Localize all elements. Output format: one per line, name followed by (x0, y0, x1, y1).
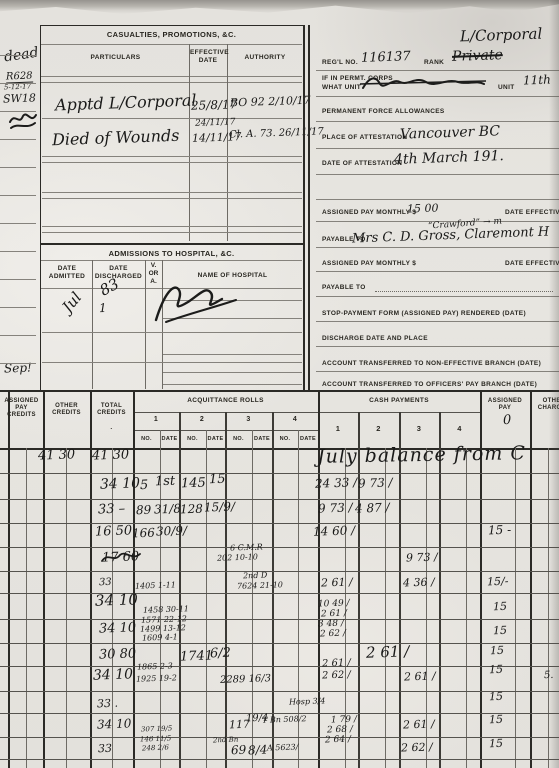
hospital-col-discharged: Date Discharged (94, 265, 143, 281)
entry-other-charge: 5. (544, 671, 554, 681)
entry-total-credit: 16 50 (95, 524, 133, 538)
casualties-col-effective-date: Effective Date (190, 49, 226, 65)
entry-total-credit: 33 – (98, 503, 126, 517)
entry-cash: 2 64 / (325, 736, 351, 746)
col-assigned-pay-credits: Assigned Pay Credits (1, 398, 42, 420)
unit-value: 11th (523, 74, 551, 87)
entry-cash: 4 87 / (355, 501, 390, 514)
roll1-date-label: Date (160, 436, 179, 443)
entry-cash: 24 33 / (315, 476, 358, 489)
entry-other-credit: 41 30 (38, 448, 76, 462)
cash-group-2: 2 (358, 424, 399, 433)
scanned-pay-ledger-page: dead R628 5-12-17 SW18 Sep! Casualties, … (0, 0, 559, 768)
assigned-pay-monthly-1-label: Assigned Pay Monthly $ (322, 209, 416, 217)
entry-cash: 2 62 / (401, 741, 433, 753)
col-total-credits: Total Credits (92, 403, 131, 417)
entry-roll-ref: 307 19/5 (141, 725, 173, 733)
roll-group-4: 4 (272, 416, 318, 424)
entry-roll-ref: T Bn 508/2 (262, 715, 307, 725)
entry-cash: 9 73 / (406, 551, 438, 563)
entry-roll-ref: A 5623/ (267, 743, 299, 752)
col-acquittance-rolls: Acquittance Rolls (133, 397, 318, 405)
entry-roll-ref: 6 C.M.R (230, 543, 263, 552)
casualty-row2-date-above: 24/11/17 (195, 118, 236, 128)
date-effective-1-label: Date Effective (505, 209, 559, 217)
entry-total-credit: 33 (99, 578, 112, 588)
col-other-charges: Other Charges (532, 398, 559, 412)
assigned-pay-monthly-1-value: 15 00 (407, 202, 439, 214)
casualties-title: Casualties, Promotions, &c. (40, 30, 303, 39)
entry-cash: 2 61 / (366, 644, 410, 660)
entry-total-credit: 30 80 (99, 647, 137, 661)
entry-cash: 9 73 / (358, 476, 393, 489)
casualties-col-authority: Authority (228, 54, 302, 62)
hospital-col-admitted: Date Admitted (44, 265, 90, 281)
margin-note-sw18: SW18 (3, 92, 36, 104)
roll3-date-label: Date (252, 436, 272, 443)
regl-no-value: 116137 (361, 50, 411, 65)
entry-roll-ref: 1865 2-3 (137, 662, 173, 671)
cash-group-3: 3 (399, 424, 439, 433)
entry-roll-no: 1741 (180, 649, 214, 663)
entry-total-credit: 33 . (97, 698, 118, 710)
casualty-row1-authority: BO 92 2/10/17 (230, 95, 311, 109)
place-attestation-label: Place of Attestation (322, 134, 407, 142)
non-effective-branch-label: Account Transferred to Non-Effective Bra… (322, 360, 541, 368)
centre-rule (303, 25, 305, 390)
hospital-note-discharged-2: 1 (99, 302, 107, 314)
stop-payment-label: Stop-Payment Form (Assigned Pay) Rendere… (322, 310, 526, 318)
roll4-date-label: Date (298, 436, 318, 443)
entry-total-credit: 41 30 (92, 448, 130, 462)
entry-roll-date: 31/8 (154, 503, 181, 516)
roll3-no-label: No. (225, 436, 252, 443)
entry-cash: 2 61 / (403, 718, 435, 730)
entry-cash: 2 62 / (322, 671, 351, 682)
entry-assigned-pay: 15 - (488, 524, 512, 537)
col-cash-payments: Cash Payments (318, 397, 480, 405)
entry-assigned-pay: 15 (489, 714, 503, 725)
torn-paper-edge (0, 0, 559, 14)
date-attestation-value: 4th March 191. (394, 149, 504, 167)
rank-written-value: L/Corporal (460, 27, 543, 45)
entry-assigned-pay: 15 (489, 738, 503, 749)
col-total-credits-dot: . (92, 424, 131, 432)
entry-assigned-pay: 15 (493, 625, 507, 636)
entry-roll-no: 128 (180, 503, 203, 516)
entry-roll-date: 6/2 (210, 647, 231, 661)
payable-to-2-label: Payable to (322, 284, 366, 292)
permanent-force-allowances-label: Permanent Force Allowances (322, 108, 445, 116)
entry-cash: 2 62 / (320, 630, 346, 640)
entry-assigned-pay: 15 (489, 691, 503, 702)
roll2-no-label: No. (179, 436, 206, 443)
total-credit-scribble (100, 550, 142, 566)
roll-group-1: 1 (133, 416, 179, 424)
entry-assigned-pay: 15 (490, 645, 504, 656)
entry-total-credit: 34 10 (99, 621, 137, 635)
hospital-title: Admissions to Hospital, &c. (40, 249, 303, 258)
assigned-pay-monthly-2-label: Assigned Pay Monthly $ (322, 260, 416, 268)
entry-july-balance: July balance from C (317, 444, 526, 467)
payable-to-2-blank-rule (375, 290, 553, 292)
cash-group-1: 1 (318, 424, 358, 433)
entry-roll-no: 166 (132, 527, 155, 540)
casualties-col-particulars: Particulars (42, 54, 189, 62)
rank-struck-value: Private (452, 48, 503, 64)
entry-total-credit: 34 10 (93, 667, 134, 682)
entry-roll-ref: 1405 1-11 (135, 581, 176, 590)
roll-group-2: 2 (179, 416, 225, 424)
permt-unit-struck-scrawl (358, 72, 488, 94)
roll4-no-label: No. (272, 436, 298, 443)
payable-to-1-value: Mrs C. D. Gross, Claremont H (352, 226, 550, 246)
entry-roll-no: 145 (181, 477, 206, 491)
roll2-date-label: Date (206, 436, 225, 443)
casualty-row2-particulars: Died of Wounds (52, 128, 180, 148)
entry-cash: 9 73 / (318, 501, 353, 514)
entry-assigned-pay: 15/- (487, 576, 509, 588)
entry-roll-ref: 146 11/5 (140, 735, 172, 743)
place-attestation-value: Vancouver BC (400, 124, 501, 141)
entry-roll-date: 15/9/ (204, 500, 235, 513)
entry-roll-ref: 202 10-10 (217, 553, 258, 562)
permt-corps-label-2: What Unit (322, 84, 361, 92)
entry-assigned-pay: 15 (493, 601, 507, 612)
entry-assigned-pay: 15 (489, 664, 503, 675)
discharge-label: Discharge Date and Place (322, 335, 428, 343)
date-effective-2-label: Date Effective (505, 260, 559, 268)
entry-roll-date: 15 (209, 473, 226, 487)
unit-label: Unit (498, 84, 515, 92)
entry-roll-ref: 7624 21-10 (237, 581, 283, 591)
centre-rule-2 (308, 25, 310, 390)
entry-roll-date: 30/9/ (156, 524, 187, 537)
entry-roll-ref: 1609 4-1 (142, 633, 178, 642)
entry-roll-ref: 248 2/6 (142, 745, 169, 753)
entry-total-credit: 34 10 (95, 592, 138, 608)
entry-roll-ref: Hosp 3/4 (289, 697, 326, 706)
entry-cash: 2 61 / (322, 659, 351, 670)
entry-roll-no: 69 (231, 744, 247, 757)
assigned-pay-written-zero: 0 (503, 414, 512, 427)
roll-group-3: 3 (225, 416, 272, 424)
entry-roll-date: 8/4 (248, 744, 268, 757)
margin-note-date: 5-12-17 (4, 84, 31, 92)
entry-roll-no: 89 (136, 504, 152, 517)
entry-cash: 2 61 / (404, 670, 436, 682)
entry-roll-ref: 1925 19-2 (136, 674, 177, 683)
col-other-credits: Other Credits (45, 403, 88, 417)
entry-total-credit: 34 10 (97, 717, 132, 730)
officers-pay-branch-label: Account Transferred to Officers' Pay Bra… (322, 381, 537, 389)
entry-cash: 2 61 / (321, 576, 353, 588)
entry-roll-no: 5 (140, 479, 149, 492)
rank-label: Rank (424, 59, 444, 67)
cash-group-4: 4 (439, 424, 480, 433)
entry-roll-ref: 2289 16/3 (220, 674, 271, 686)
col-assigned-pay: Assigned Pay (482, 398, 528, 412)
entry-cash: 14 60 / (313, 524, 356, 537)
entry-cash: 4 36 / (403, 576, 435, 588)
regl-no-label: Reg'l No. (322, 59, 358, 67)
hospital-signature-scrawl (150, 272, 240, 330)
entry-total-credit: 33 (98, 743, 112, 754)
entry-total-credit: 34 10 (100, 476, 141, 491)
date-attestation-label: Date of Attestation (322, 160, 402, 168)
roll1-no-label: No. (133, 436, 160, 443)
entry-roll-ref: 2nd D (243, 572, 268, 581)
entry-roll-date: 1st (155, 475, 176, 489)
